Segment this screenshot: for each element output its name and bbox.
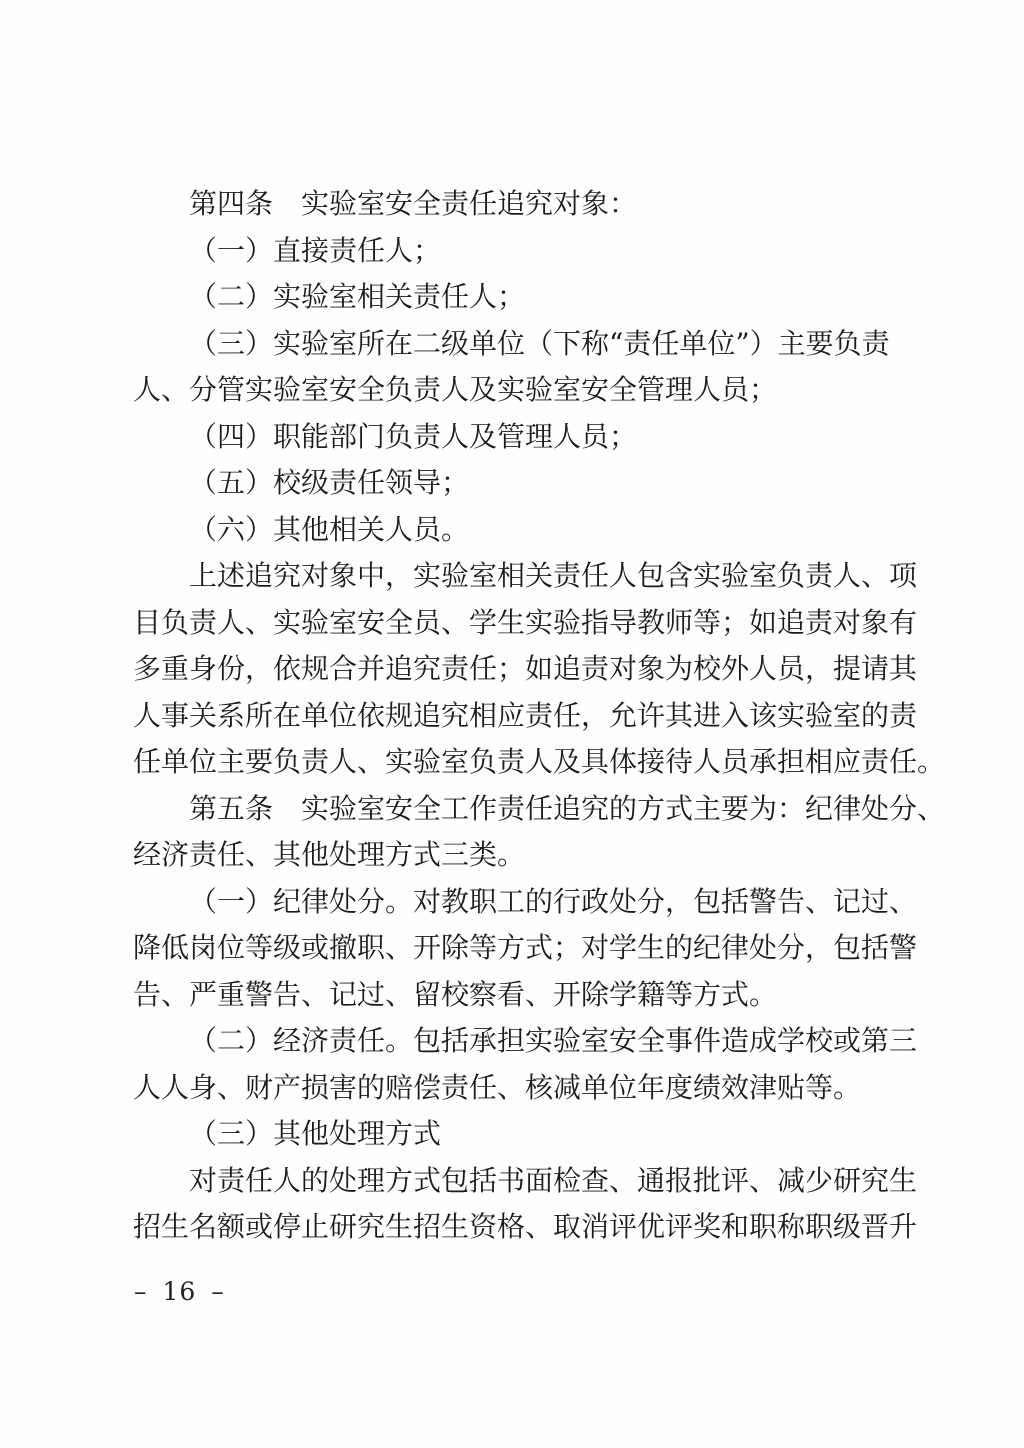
text-line: （六）其他相关人员。 (133, 507, 929, 554)
text-line: 人、分管实验室安全负责人及实验室安全管理人员； (133, 367, 929, 414)
text-line: （二）实验室相关责任人； (133, 274, 929, 321)
document-body: 第四条 实验室安全责任追究对象：（一）直接责任人；（二）实验室相关责任人；（三）… (133, 181, 929, 1251)
text-line: 第四条 实验室安全责任追究对象： (133, 181, 929, 228)
text-line: 告、严重警告、记过、留校察看、开除学籍等方式。 (133, 972, 929, 1019)
document-page: 第四条 实验室安全责任追究对象：（一）直接责任人；（二）实验室相关责任人；（三）… (0, 0, 1024, 1448)
text-line: （一）直接责任人； (133, 228, 929, 275)
text-line: （五）校级责任领导； (133, 460, 929, 507)
text-line: 招生名额或停止研究生招生资格、取消评优评奖和职称职级晋升 (133, 1204, 929, 1251)
text-line: 对责任人的处理方式包括书面检查、通报批评、减少研究生 (133, 1158, 929, 1205)
text-line: 人事关系所在单位依规追究相应责任，允许其进入该实验室的责 (133, 693, 929, 740)
text-line: 多重身份，依规合并追究责任；如追责对象为校外人员，提请其 (133, 646, 929, 693)
text-line: 经济责任、其他处理方式三类。 (133, 832, 929, 879)
text-line: 任单位主要负责人、实验室负责人及具体接待人员承担相应责任。 (133, 739, 929, 786)
text-line: 人人身、财产损害的赔偿责任、核减单位年度绩效津贴等。 (133, 1065, 929, 1112)
text-line: 上述追究对象中，实验室相关责任人包含实验室负责人、项 (133, 553, 929, 600)
text-line: （四）职能部门负责人及管理人员； (133, 414, 929, 461)
text-line: （三）实验室所在二级单位（下称“责任单位”）主要负责 (133, 321, 929, 368)
text-line: （一）纪律处分。对教职工的行政处分，包括警告、记过、 (133, 879, 929, 926)
text-line: 降低岗位等级或撤职、开除等方式；对学生的纪律处分，包括警 (133, 925, 929, 972)
text-line: （二）经济责任。包括承担实验室安全事件造成学校或第三 (133, 1018, 929, 1065)
text-line: 目负责人、实验室安全员、学生实验指导教师等；如追责对象有 (133, 600, 929, 647)
text-line: （三）其他处理方式 (133, 1111, 929, 1158)
page-number: – 16 – (134, 1276, 225, 1308)
text-line: 第五条 实验室安全工作责任追究的方式主要为：纪律处分、 (133, 786, 929, 833)
